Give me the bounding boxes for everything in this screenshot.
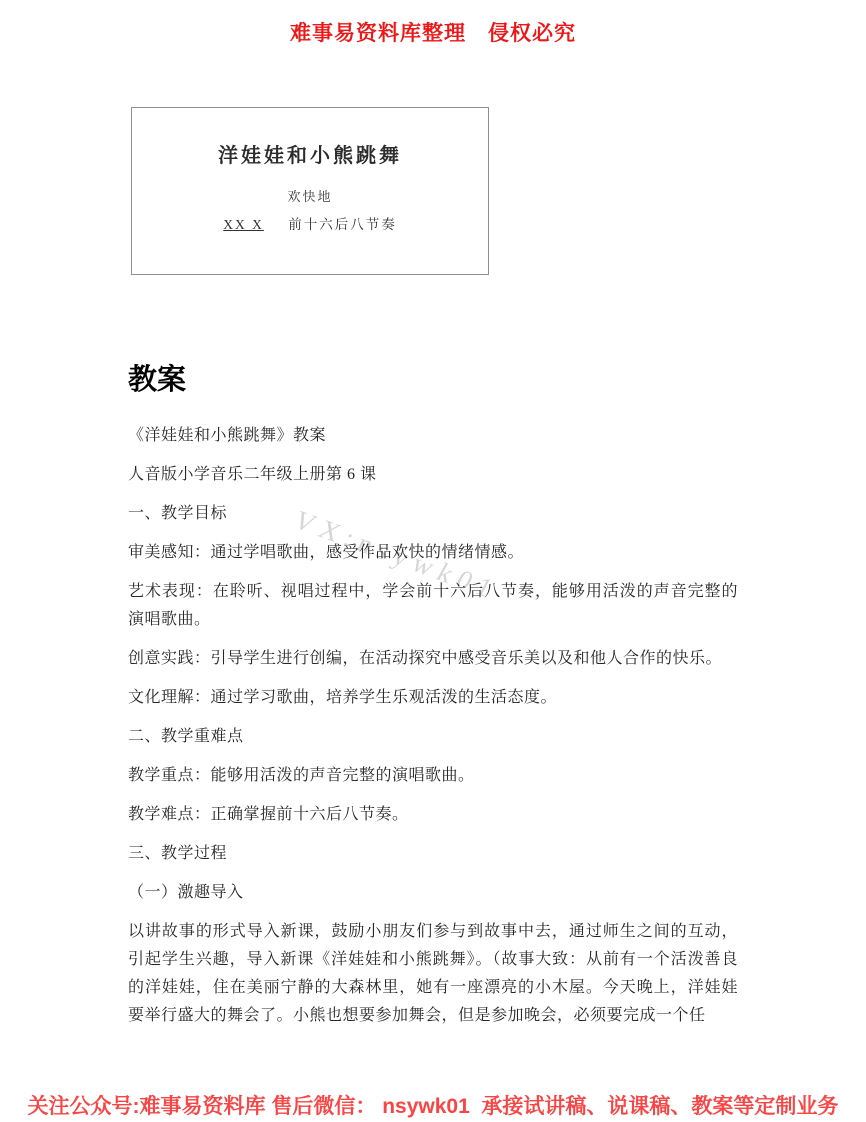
song-score-box: 洋娃娃和小熊跳舞 欢快地 XX X 前十六后八节奏: [131, 107, 489, 275]
song-tempo-marking: 欢快地: [132, 188, 488, 206]
lesson-plan-paragraphs: 《洋娃娃和小熊跳舞》教案 人音版小学音乐二年级上册第 6 课 一、教学目标 审美…: [128, 422, 738, 1030]
paragraph: 人音版小学音乐二年级上册第 6 课: [128, 461, 738, 489]
paragraph: 一、教学目标: [128, 500, 738, 528]
paragraph: 教学重点：能够用活泼的声音完整的演唱歌曲。: [128, 762, 738, 790]
rhythm-line: XX X 前十六后八节奏: [132, 216, 488, 234]
song-title: 洋娃娃和小熊跳舞: [132, 108, 488, 168]
paragraph: 审美感知：通过学唱歌曲，感受作品欢快的情绪情感。: [128, 539, 738, 567]
document-page: 难事易资料库整理 侵权必究 洋娃娃和小熊跳舞 欢快地 XX X 前十六后八节奏 …: [0, 0, 866, 1122]
lesson-plan-content: 教案 《洋娃娃和小熊跳舞》教案 人音版小学音乐二年级上册第 6 课 一、教学目标…: [128, 361, 738, 1041]
paragraph: 二、教学重难点: [128, 723, 738, 751]
paragraph: 《洋娃娃和小熊跳舞》教案: [128, 422, 738, 450]
rhythm-pattern-notation: XX X: [223, 217, 264, 232]
rhythm-pattern-label: 前十六后八节奏: [288, 217, 397, 232]
header-copyright-notice: 难事易资料库整理 侵权必究: [0, 17, 866, 47]
paragraph: 文化理解：通过学习歌曲，培养学生乐观活泼的生活态度。: [128, 684, 738, 712]
page-title: 教案: [128, 361, 738, 399]
paragraph: 三、教学过程: [128, 840, 738, 868]
paragraph: 创意实践：引导学生进行创编，在活动探究中感受音乐美以及和他人合作的快乐。: [128, 645, 738, 673]
paragraph: 艺术表现：在聆听、视唱过程中，学会前十六后八节奏，能够用活泼的声音完整的演唱歌曲…: [128, 578, 738, 634]
footer-contact-notice: 关注公众号:难事易资料库 售后微信： nsywk01 承接试讲稿、说课稿、教案等…: [0, 1090, 866, 1120]
paragraph: 教学难点：正确掌握前十六后八节奏。: [128, 801, 738, 829]
paragraph: 以讲故事的形式导入新课，鼓励小朋友们参与到故事中去，通过师生之间的互动，引起学生…: [128, 918, 738, 1030]
paragraph: （一）激趣导入: [128, 879, 738, 907]
